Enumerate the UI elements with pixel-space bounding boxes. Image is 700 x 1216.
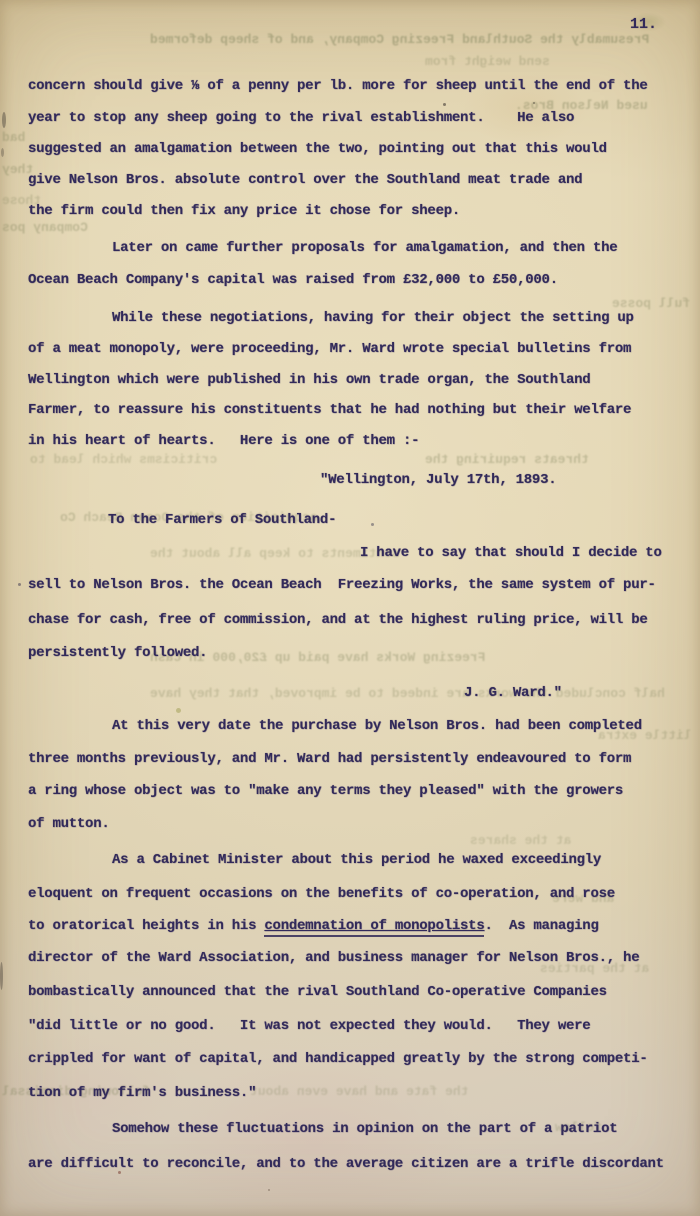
paper-speck	[1, 148, 4, 157]
text-line: bombastically announced that the rival S…	[28, 984, 607, 1000]
text-line: suggested an amalgamation between the tw…	[28, 141, 607, 157]
text-line: to oratorical heights in his condemnatio…	[28, 918, 599, 934]
bleedthrough-text: threats requiring the	[425, 452, 589, 467]
text-line: a ring whose object was to "make any ter…	[28, 783, 623, 799]
text-line: crippled for want of capital, and handic…	[28, 1051, 648, 1067]
document-page: 11. Presumably the Southland Freezing Co…	[0, 0, 700, 1216]
text-line: year to stop any sheep going to the riva…	[28, 110, 574, 126]
bleedthrough-text: Company pos	[2, 220, 88, 235]
paper-speck	[18, 583, 21, 586]
text-line: "Wellington, July 17th, 1893.	[320, 472, 556, 488]
text-line: tion of my firm's business."	[28, 1085, 256, 1101]
text-line: director of the Ward Association, and bu…	[28, 950, 639, 966]
bleedthrough-text: Presumably the Southland Freezing Compan…	[150, 32, 649, 47]
text-line: of a meat monopoly, were proceeding, Mr.…	[28, 341, 631, 357]
text-line: in his heart of hearts. Here is one of t…	[28, 433, 419, 449]
text-line: three months previously, and Mr. Ward ha…	[28, 751, 631, 767]
text-line: Wellington which were published in his o…	[28, 372, 590, 388]
text-line: To the Farmers of Southland-	[108, 512, 336, 528]
text-line: As a Cabinet Minister about this period …	[112, 852, 601, 868]
text-line: persistently followed.	[28, 645, 207, 661]
text-line: J. G. Ward."	[464, 685, 562, 701]
text-line: give Nelson Bros. absolute control over …	[28, 172, 582, 188]
text-line: Later on came further proposals for amal…	[112, 240, 617, 256]
paper-speck	[118, 1171, 121, 1174]
text-line: I have to say that should I decide to	[360, 545, 662, 561]
text-line: Somehow these fluctuations in opinion on…	[112, 1121, 617, 1137]
paper-speck	[443, 103, 446, 106]
paper-speck	[533, 102, 535, 104]
paper-speck	[0, 962, 3, 990]
paper-speck	[2, 112, 6, 128]
text-line: chase for cash, free of commission, and …	[28, 612, 648, 628]
bleedthrough-text: criticisms which lead to	[30, 452, 217, 467]
text-line: While these negotiations, having for the…	[112, 310, 634, 326]
bleedthrough-text: the fate and have even about	[250, 1084, 468, 1099]
text-line: concern should give ⅛ of a penny per lb.…	[28, 78, 648, 94]
text-line: Farmer, to reassure his constituents tha…	[28, 402, 631, 418]
paper-speck	[371, 523, 374, 526]
text-line: sell to Nelson Bros. the Ocean Beach Fre…	[28, 577, 656, 593]
bleedthrough-text: half concluded the works are indeed to b…	[150, 686, 665, 701]
bleedthrough-text: send weight from	[425, 54, 550, 69]
text-line: of mutton.	[28, 816, 110, 832]
bleedthrough-text: at the shares	[470, 833, 571, 848]
text-line: are difficult to reconcile, and to the a…	[28, 1156, 664, 1172]
text-line: the firm could then fix any price it cho…	[28, 203, 460, 219]
paper-speck	[268, 1189, 270, 1191]
text-line: At this very date the purchase by Nelson…	[112, 718, 642, 734]
paper-speck	[176, 708, 181, 713]
underlined-text: condemnation of monopolists	[264, 918, 484, 937]
bleedthrough-text: bad	[2, 130, 25, 145]
text-line: "did little or no good. It was not expec…	[28, 1018, 590, 1034]
bleedthrough-text: full posse	[612, 296, 690, 311]
text-line: eloquent on frequent occasions on the be…	[28, 886, 615, 902]
page-number: 11.	[630, 16, 657, 33]
text-line: Ocean Beach Company's capital was raised…	[28, 272, 558, 288]
